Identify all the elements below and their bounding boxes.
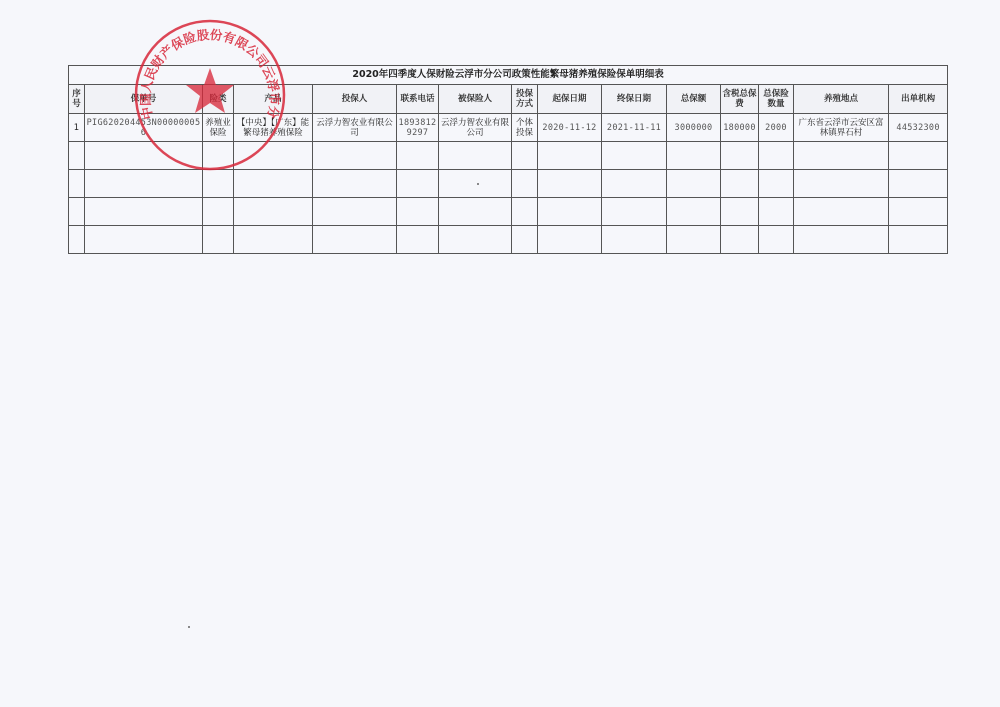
table-cell: 养殖业保险 <box>203 114 234 142</box>
policy-detail-table: 2020年四季度人保财险云浮市分公司政策性能繁母猪养殖保险保单明细表 序号保单号… <box>68 65 948 254</box>
table-row: 1PIG620204453N000000056养殖业保险【中央】【广东】能繁母猪… <box>69 114 948 142</box>
table-cell <box>313 198 397 226</box>
table-cell <box>721 170 759 198</box>
table-cell <box>397 142 439 170</box>
table-cell <box>234 170 313 198</box>
table-cell: 2020-11-12 <box>538 114 602 142</box>
table-cell <box>69 142 85 170</box>
table-cell <box>439 226 512 254</box>
table-cell <box>313 170 397 198</box>
table-cell <box>667 198 721 226</box>
table-cell <box>439 198 512 226</box>
table-cell <box>234 226 313 254</box>
column-header: 联系电话 <box>397 85 439 114</box>
column-header: 投保方式 <box>512 85 538 114</box>
table-cell <box>602 170 667 198</box>
table-title: 2020年四季度人保财险云浮市分公司政策性能繁母猪养殖保险保单明细表 <box>69 66 948 85</box>
table-cell <box>234 198 313 226</box>
table-cell <box>203 170 234 198</box>
table-cell: 44532300 <box>889 114 948 142</box>
table-cell <box>889 142 948 170</box>
table-cell <box>85 142 203 170</box>
table-cell <box>794 170 889 198</box>
table-cell <box>512 198 538 226</box>
table-cell <box>397 226 439 254</box>
table-cell <box>512 142 538 170</box>
table-cell <box>69 226 85 254</box>
table-cell: 1 <box>69 114 85 142</box>
table-cell <box>889 198 948 226</box>
table-cell <box>889 226 948 254</box>
column-header: 含税总保费 <box>721 85 759 114</box>
column-header: 起保日期 <box>538 85 602 114</box>
table-cell <box>512 226 538 254</box>
table-row <box>69 198 948 226</box>
table-cell <box>759 198 794 226</box>
table-cell: 3000000 <box>667 114 721 142</box>
table-cell <box>794 142 889 170</box>
table-cell <box>313 142 397 170</box>
table-cell <box>538 198 602 226</box>
column-header: 产品 <box>234 85 313 114</box>
table-cell <box>602 142 667 170</box>
table-cell <box>538 170 602 198</box>
table-row <box>69 170 948 198</box>
column-header: 险类 <box>203 85 234 114</box>
table-cell <box>85 198 203 226</box>
table-cell <box>602 226 667 254</box>
table-cell <box>721 226 759 254</box>
table-row <box>69 142 948 170</box>
column-header: 序号 <box>69 85 85 114</box>
table-cell: 18938129297 <box>397 114 439 142</box>
column-header: 养殖地点 <box>794 85 889 114</box>
table-cell <box>602 198 667 226</box>
table-cell: 【中央】【广东】能繁母猪养殖保险 <box>234 114 313 142</box>
column-header: 保单号 <box>85 85 203 114</box>
scan-speck <box>477 183 479 185</box>
table-cell <box>69 198 85 226</box>
table-cell <box>759 226 794 254</box>
column-header: 被保险人 <box>439 85 512 114</box>
table-cell <box>439 170 512 198</box>
table-cell <box>759 142 794 170</box>
table-cell <box>203 142 234 170</box>
table-cell <box>759 170 794 198</box>
column-header: 终保日期 <box>602 85 667 114</box>
table-cell <box>397 170 439 198</box>
table-cell <box>512 170 538 198</box>
table-cell: 2000 <box>759 114 794 142</box>
table-cell <box>721 198 759 226</box>
table-cell <box>397 198 439 226</box>
table-cell <box>667 226 721 254</box>
table-cell <box>721 142 759 170</box>
scan-speck <box>188 626 190 628</box>
column-header: 出单机构 <box>889 85 948 114</box>
table-cell <box>889 170 948 198</box>
table-cell: 180000 <box>721 114 759 142</box>
table-cell: 广东省云浮市云安区富林镇界石村 <box>794 114 889 142</box>
table-cell <box>667 142 721 170</box>
table-cell <box>203 226 234 254</box>
table-cell <box>538 226 602 254</box>
table-cell <box>85 226 203 254</box>
table-cell <box>794 226 889 254</box>
table-cell <box>538 142 602 170</box>
table-row <box>69 226 948 254</box>
table-cell: 2021-11-11 <box>602 114 667 142</box>
table-cell <box>313 226 397 254</box>
table-header-row: 序号保单号险类产品投保人联系电话被保险人投保方式起保日期终保日期总保额含税总保费… <box>69 85 948 114</box>
column-header: 投保人 <box>313 85 397 114</box>
column-header: 总保险数量 <box>759 85 794 114</box>
table-cell: PIG620204453N000000056 <box>85 114 203 142</box>
table-cell <box>234 142 313 170</box>
scanned-page: 2020年四季度人保财险云浮市分公司政策性能繁母猪养殖保险保单明细表 序号保单号… <box>0 0 1000 707</box>
table-cell: 云浮力智农业有限公司 <box>439 114 512 142</box>
table-cell <box>69 170 85 198</box>
table-title-row: 2020年四季度人保财险云浮市分公司政策性能繁母猪养殖保险保单明细表 <box>69 66 948 85</box>
table-cell <box>203 198 234 226</box>
table-cell <box>667 170 721 198</box>
table-cell: 云浮力智农业有限公司 <box>313 114 397 142</box>
table-cell: 个体投保 <box>512 114 538 142</box>
table-cell <box>85 170 203 198</box>
column-header: 总保额 <box>667 85 721 114</box>
table-cell <box>439 142 512 170</box>
table-cell <box>794 198 889 226</box>
